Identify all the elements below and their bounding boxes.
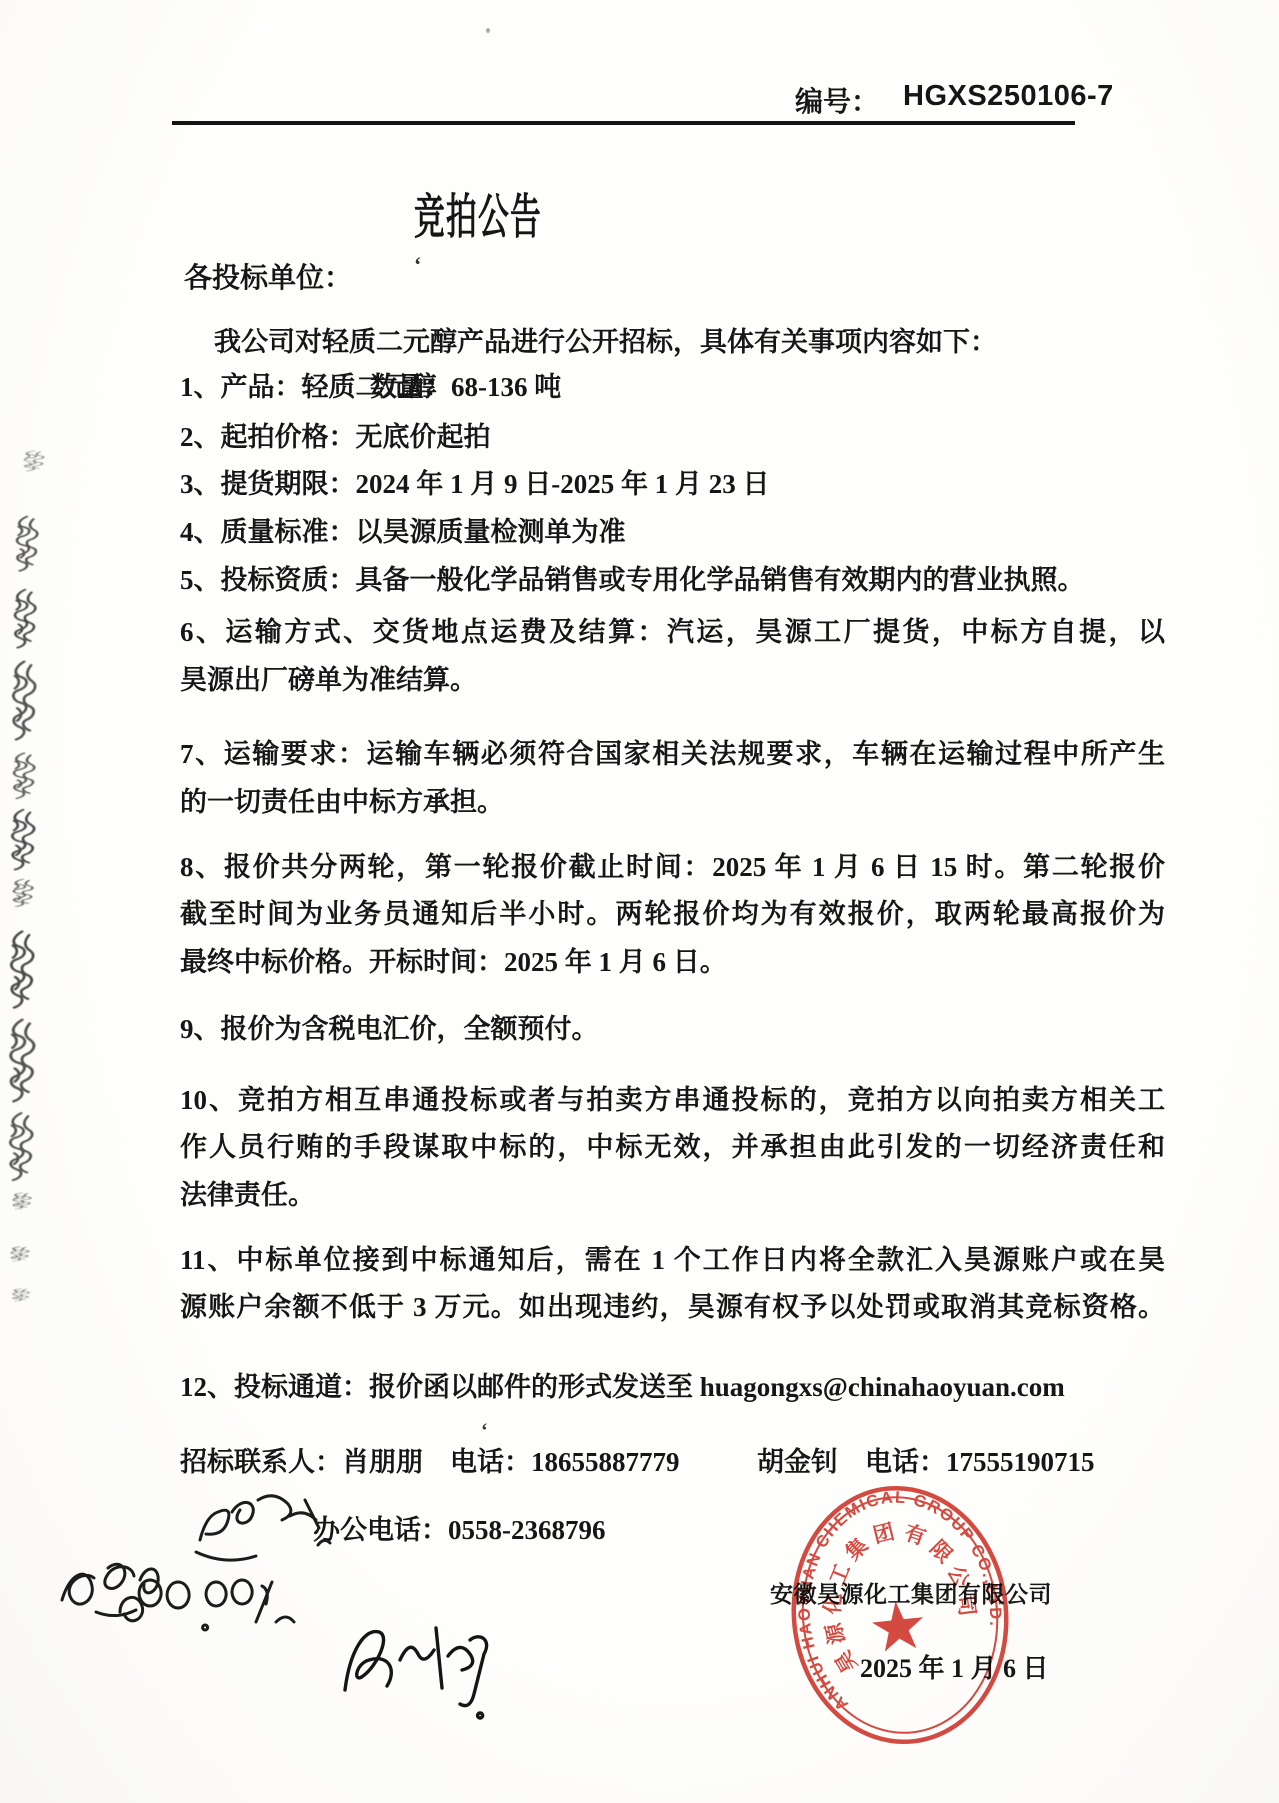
company-seal-stamp: ANHUI HAOYUAN CHEMICAL GROUP CO.,LTD. 昊源… bbox=[729, 1435, 1072, 1796]
item-5: 5、投标资质：具备一般化学品销售或专用化学品销售有效期内的营业执照。 bbox=[180, 563, 1165, 597]
margin-scribble bbox=[5, 1016, 37, 1106]
item-9: 9、报价为含税电汇价，全额预付。 bbox=[180, 1012, 1165, 1046]
item-8-line-1: 8、报价共分两轮，第一轮报价截止时间：2025 年 1 月 6 日 15 时。第… bbox=[180, 850, 1165, 884]
margin-scribble bbox=[20, 450, 46, 472]
item-6-line-1: 6、运输方式、交货地点运费及结算：汽运，昊源工厂提货，中标方自提，以 bbox=[180, 615, 1165, 649]
margin-scribble bbox=[9, 1288, 31, 1302]
item-7-line-2: 的一切责任由中标方承担。 bbox=[180, 785, 1165, 819]
item-1: 1、产品：轻质二元醇 数量：68-136 吨 bbox=[180, 370, 1165, 404]
item-7-line-1: 7、运输要求：运输车辆必须符合国家相关法规要求，车辆在运输过程中所产生 bbox=[180, 737, 1165, 771]
item-10-line-1: 10、竞拍方相互串通投标或者与拍卖方串通投标的，竞拍方以向拍卖方相关工 bbox=[180, 1083, 1165, 1117]
item-1-quantity: 数量：68-136 吨 bbox=[370, 370, 561, 404]
margin-scribble bbox=[9, 1192, 33, 1210]
item-6-line-2: 昊源出厂磅单为准结算。 bbox=[180, 663, 1165, 697]
svg-text:ANHUI HAOYUAN CHEMICAL GROUP C: ANHUI HAOYUAN CHEMICAL GROUP CO.,LTD. bbox=[783, 1478, 1013, 1717]
margin-scribble bbox=[6, 928, 36, 1012]
item-10-line-3: 法律责任。 bbox=[180, 1178, 1165, 1212]
scanned-document-page: 编号： HGXS250106-7 竞拍公告 各投标单位： ‘ ‘ 我公司对轻质二… bbox=[0, 0, 1279, 1803]
seal-english-text: ANHUI HAOYUAN CHEMICAL GROUP CO.,LTD. bbox=[783, 1478, 1013, 1717]
item-3: 3、提货期限：2024 年 1 月 9 日-2025 年 1 月 23 日 bbox=[180, 467, 1165, 501]
margin-scribble bbox=[9, 751, 37, 801]
item-4: 4、质量标准：以昊源质量检测单为准 bbox=[180, 515, 1165, 549]
item-8-line-3: 最终中标价格。开标时间：2025 年 1 月 6 日。 bbox=[180, 945, 1165, 979]
item-11-line-1: 11、中标单位接到中标通知后，需在 1 个工作日内将全款汇入昊源账户或在昊 bbox=[180, 1243, 1165, 1277]
item-11-line-2: 源账户余额不低于 3 万元。如出现违约，昊源有权予以处罚或取消其竞标资格。 bbox=[180, 1290, 1165, 1324]
margin-scribble bbox=[10, 587, 38, 651]
margin-scribble bbox=[8, 658, 38, 744]
item-2: 2、起拍价格：无底价起拍 bbox=[180, 420, 1165, 454]
item-8-line-2: 截至时间为业务员通知后半小时。两轮报价均为有效报价，取两轮最高报价为 bbox=[180, 897, 1165, 931]
margin-scribble bbox=[7, 807, 37, 873]
margin-scribble bbox=[12, 514, 40, 574]
contact-person-1: 招标联系人：肖朋朋 电话：18655887779 bbox=[180, 1447, 680, 1477]
handwritten-signature bbox=[330, 1600, 530, 1740]
intro-paragraph: 我公司对轻质二元醇产品进行公开招标，具体有关事项内容如下： bbox=[214, 325, 1199, 359]
item-10-line-2: 作人员行贿的手段谋取中标的，中标无效，并承担由此引发的一切经济责任和 bbox=[180, 1130, 1165, 1164]
margin-scribble bbox=[7, 1246, 31, 1262]
margin-scribble bbox=[9, 878, 35, 908]
item-12: 12、投标通道：报价函以邮件的形式发送至 huagongxs@chinahaoy… bbox=[180, 1370, 1165, 1404]
margin-scribble bbox=[5, 1110, 35, 1184]
